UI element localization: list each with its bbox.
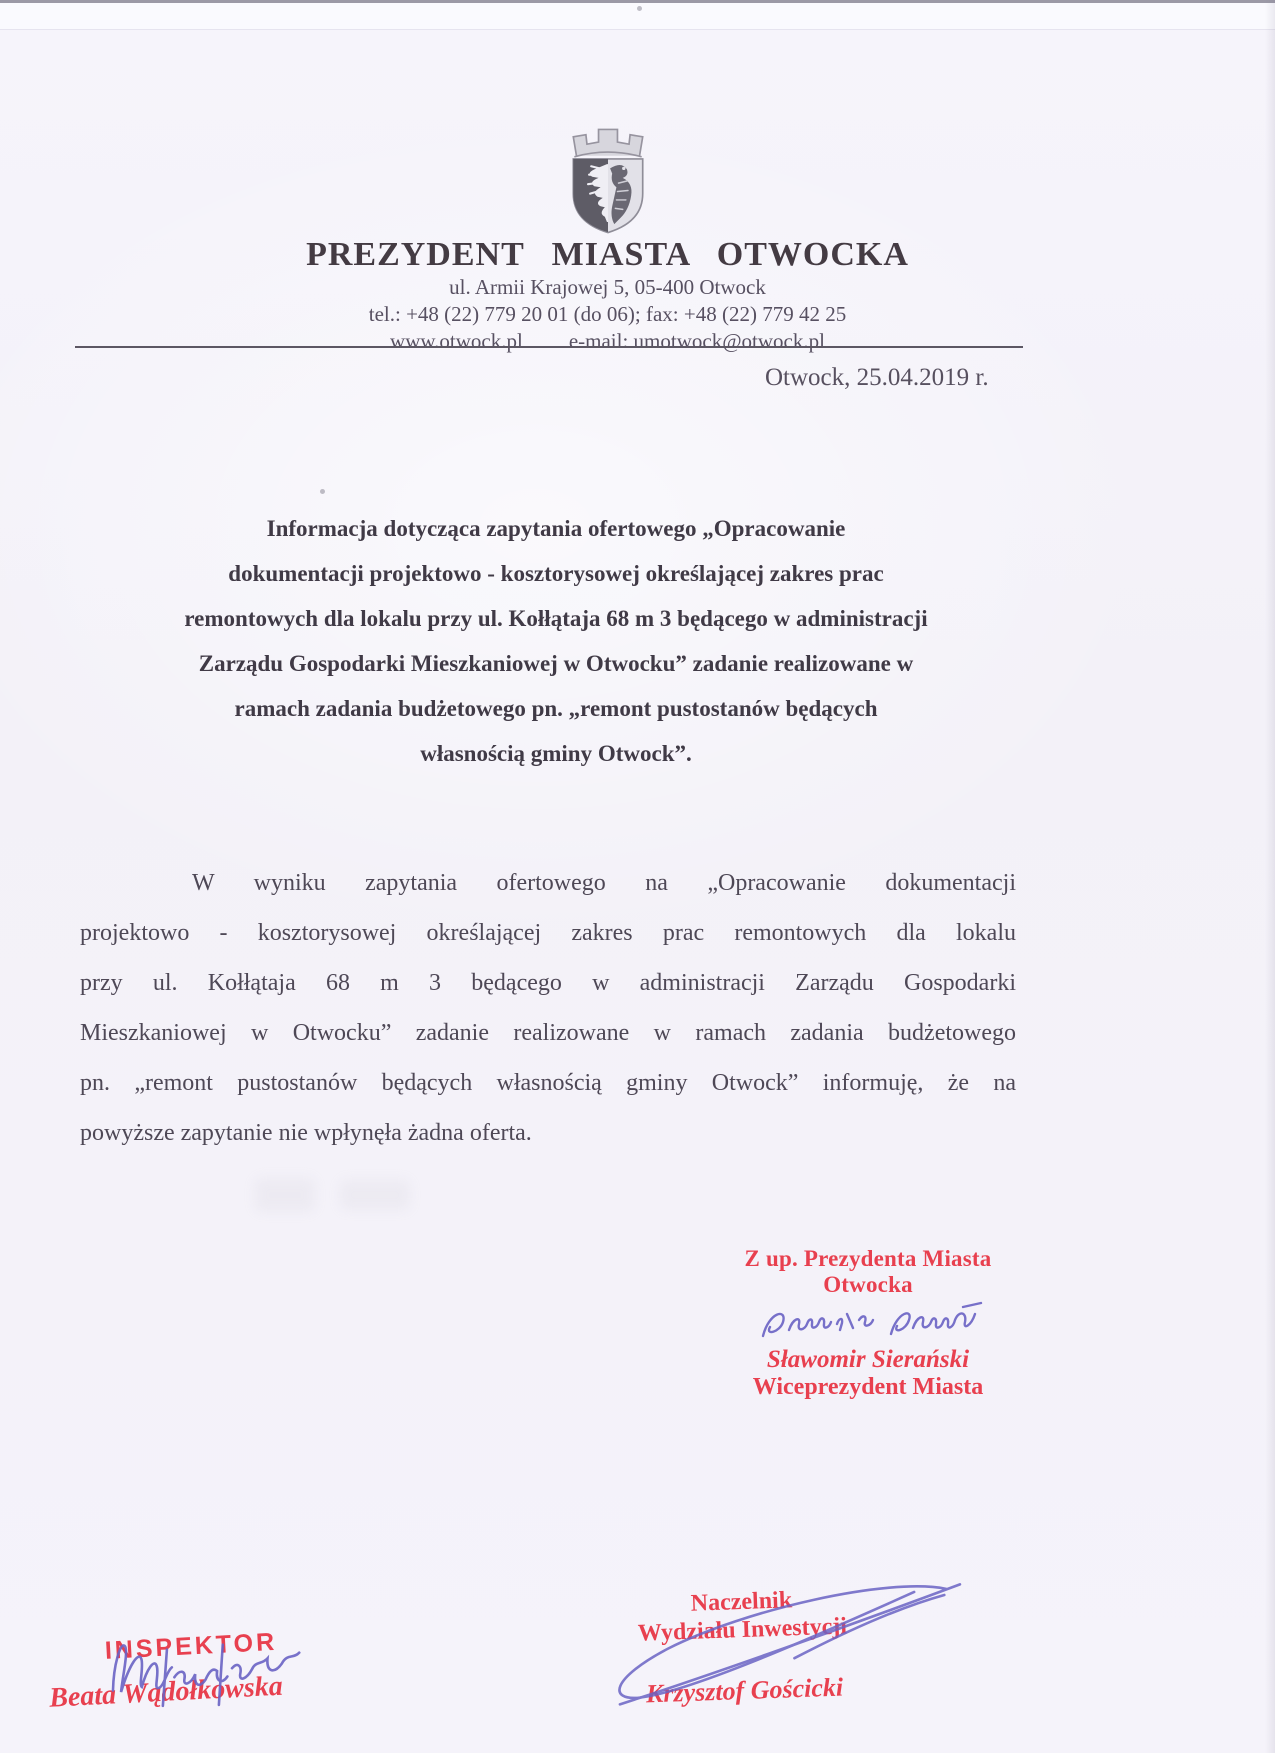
- handwritten-signature-wadolkowska-icon: [98, 1616, 318, 1722]
- letterhead-divider: [75, 346, 1023, 348]
- subject-heading: Informacja dotycząca zapytania ofertoweg…: [128, 506, 984, 776]
- body-line: projektowo - kosztorysowej określającej …: [80, 908, 1016, 958]
- approval-block: Z up. Prezydenta Miasta Otwocka Sławomir…: [700, 1246, 1036, 1400]
- scan-smudge: [255, 1178, 315, 1212]
- department-head-stamp: Naczelnik Wydziału Inwestycji Krzysztof …: [586, 1583, 900, 1712]
- subject-line: ramach zadania budżetowego pn. „remont p…: [128, 686, 984, 731]
- subject-line: remontowych dla lokalu przy ul. Kołłątaj…: [128, 596, 984, 641]
- scan-right-shadow: [1265, 0, 1275, 1753]
- subject-line: dokumentacji projektowo - kosztorysowej …: [128, 551, 984, 596]
- subject-line: Zarządu Gospodarki Mieszkaniowej w Otwoc…: [128, 641, 984, 686]
- letterhead: PREZYDENT MIASTA OTWOCKA ul. Armii Krajo…: [70, 120, 1145, 355]
- scan-speck: [637, 6, 642, 11]
- scan-smudge: [340, 1180, 410, 1210]
- scanned-letter-page: PREZYDENT MIASTA OTWOCKA ul. Armii Krajo…: [0, 0, 1275, 1753]
- dateline: Otwock, 25.04.2019 r.: [765, 364, 1105, 392]
- otwock-coat-of-arms-icon: [544, 120, 672, 242]
- signer-title: Wiceprezydent Miasta: [700, 1374, 1036, 1400]
- scan-speck: [320, 489, 325, 494]
- signer-name: Sławomir Sierański: [700, 1346, 1036, 1374]
- subject-line: Informacja dotycząca zapytania ofertoweg…: [128, 506, 984, 551]
- body-line: W wyniku zapytania ofertowego na „Opraco…: [80, 858, 1016, 908]
- handwritten-signature-goscicki-icon: [594, 1572, 968, 1713]
- inspector-stamp: INSPEKTOR Beata Wądołkowska: [46, 1624, 350, 1715]
- org-website: www.otwock.pl: [390, 329, 523, 353]
- body-line: Mieszkaniowej w Otwocku” zadanie realizo…: [80, 1008, 1016, 1058]
- body-line: pn. „remont pustostanów będących własnoś…: [80, 1058, 1016, 1108]
- body-line: przy ul. Kołłątaja 68 m 3 będącego w adm…: [80, 958, 1016, 1008]
- org-name: PREZYDENT MIASTA OTWOCKA: [70, 236, 1145, 274]
- scanner-edge-band: [0, 0, 1275, 30]
- body-line: powyższe zapytanie nie wpłynęła żadna of…: [80, 1108, 1016, 1158]
- org-address: ul. Armii Krajowej 5, 05-400 Otwock: [70, 274, 1145, 301]
- authority-line: Z up. Prezydenta Miasta Otwocka: [700, 1246, 1036, 1298]
- org-phone-fax: tel.: +48 (22) 779 20 01 (do 06); fax: +…: [70, 301, 1145, 328]
- body-paragraph: W wyniku zapytania ofertowego na „Opraco…: [80, 858, 1016, 1158]
- handwritten-signature-sieranski-icon: [749, 1300, 987, 1352]
- org-email: e-mail: umotwock@otwock.pl: [569, 329, 825, 353]
- subject-line: własnością gminy Otwock”.: [128, 731, 984, 776]
- org-web-email: www.otwock.ple-mail: umotwock@otwock.pl: [70, 328, 1145, 355]
